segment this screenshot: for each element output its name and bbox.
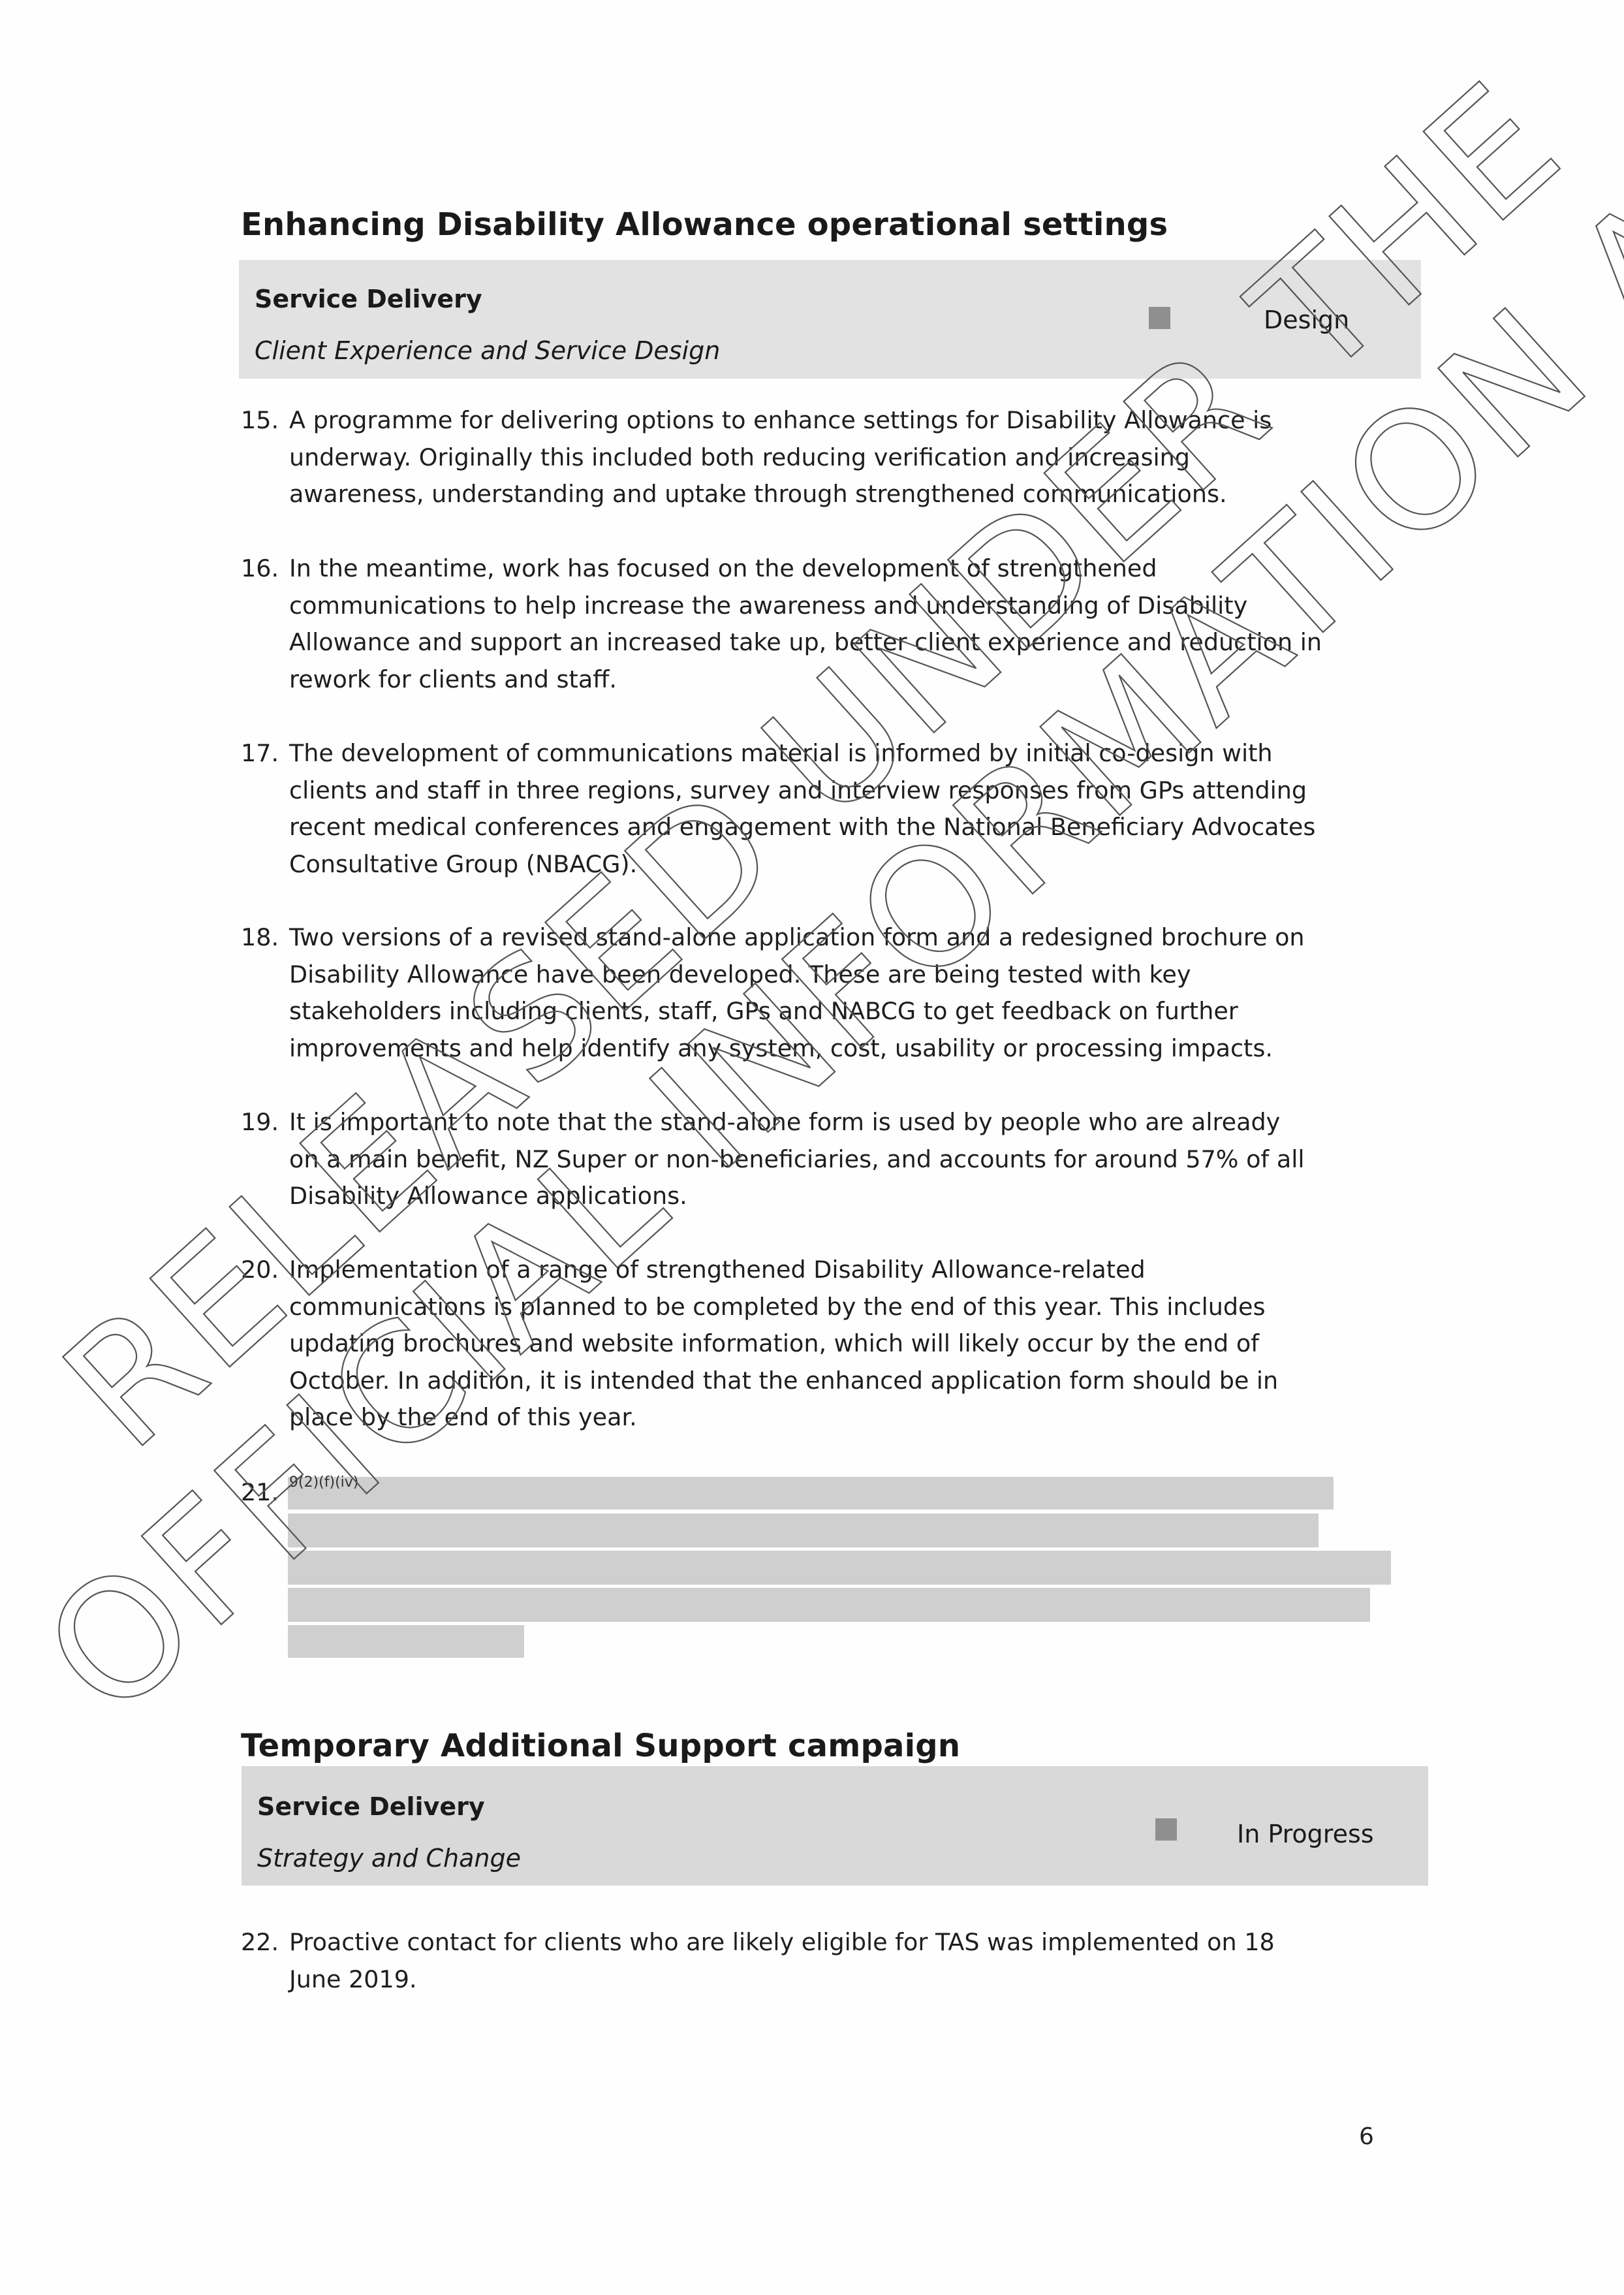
redaction-bar	[288, 1513, 1319, 1547]
status-box-group: Service Delivery	[257, 1791, 485, 1822]
grey-square-icon	[1155, 1818, 1177, 1841]
redaction-bar	[288, 1625, 524, 1658]
paragraph-line: Allowance and support an increased take …	[289, 624, 1322, 661]
status-box-disability-allowance: Service Delivery Client Experience and S…	[239, 260, 1421, 379]
status-box-group: Service Delivery	[255, 283, 482, 315]
paragraph-line: updating brochures and website informati…	[289, 1325, 1278, 1363]
paragraph-line: improvements and help identify any syste…	[289, 1030, 1305, 1068]
paragraph-line: In the meantime, work has focused on the…	[289, 550, 1322, 588]
paragraph-line: rework for clients and staff.	[289, 661, 1322, 699]
status-label: Design	[1264, 304, 1349, 336]
paragraph-number: 16.	[241, 550, 279, 588]
paragraph-line: Disability Allowance have been developed…	[289, 957, 1305, 994]
paragraph-number: 22.	[241, 1924, 279, 1961]
status-box-team: Client Experience and Service Design	[255, 335, 720, 366]
paragraph-line: awareness, understanding and uptake thro…	[289, 476, 1272, 513]
redaction-bar	[288, 1588, 1370, 1622]
status-box-tas-campaign: Service Delivery Strategy and Change In …	[242, 1766, 1428, 1886]
paragraph-line: Two versions of a revised stand-alone ap…	[289, 919, 1305, 957]
paragraph-line: Proactive contact for clients who are li…	[289, 1924, 1275, 1961]
redaction-bar	[288, 1477, 1334, 1510]
paragraph-line: October. In addition, it is intended tha…	[289, 1363, 1278, 1400]
section-heading-disability-allowance: Enhancing Disability Allowance operation…	[241, 205, 1168, 244]
paragraph-number: 18.	[241, 919, 279, 957]
paragraph-line: communications is planned to be complete…	[289, 1289, 1278, 1326]
redaction-label: 9(2)(f)(iv)	[289, 1474, 358, 1491]
paragraph-line: June 2019.	[289, 1961, 1275, 1999]
paragraph-line: underway. Originally this included both …	[289, 439, 1272, 477]
paragraph-line: recent medical conferences and engagemen…	[289, 809, 1315, 846]
status-box-team: Strategy and Change	[257, 1843, 521, 1874]
paragraph-line: Implementation of a range of strengthene…	[289, 1252, 1278, 1289]
page-number: 6	[1359, 2124, 1374, 2150]
paragraph-line: stakeholders including clients, staff, G…	[289, 993, 1305, 1030]
paragraph-line: A programme for delivering options to en…	[289, 402, 1272, 439]
grey-square-icon	[1149, 307, 1170, 329]
paragraph-number: 17.	[241, 735, 279, 772]
status-label: In Progress	[1237, 1818, 1374, 1850]
section-heading-tas-campaign: Temporary Additional Support campaign	[241, 1726, 960, 1765]
paragraph-line: clients and staff in three regions, surv…	[289, 772, 1315, 810]
redaction-bar	[288, 1551, 1391, 1585]
document-page: Enhancing Disability Allowance operation…	[0, 0, 1624, 2295]
paragraph-line: It is important to note that the stand-a…	[289, 1104, 1305, 1141]
paragraph-number: 20.	[241, 1252, 279, 1289]
paragraph-line: communications to help increase the awar…	[289, 588, 1322, 625]
paragraph-line: on a main benefit, NZ Super or non-benef…	[289, 1141, 1305, 1179]
paragraph-line: Consultative Group (NBACG).	[289, 846, 1315, 883]
paragraph-number: 21.	[241, 1474, 279, 1512]
paragraph-line: Disability Allowance applications.	[289, 1178, 1305, 1215]
paragraph-line: place by the end of this year.	[289, 1399, 1278, 1436]
paragraph-line: The development of communications materi…	[289, 735, 1315, 772]
paragraph-number: 19.	[241, 1104, 279, 1141]
paragraph-number: 15.	[241, 402, 279, 439]
